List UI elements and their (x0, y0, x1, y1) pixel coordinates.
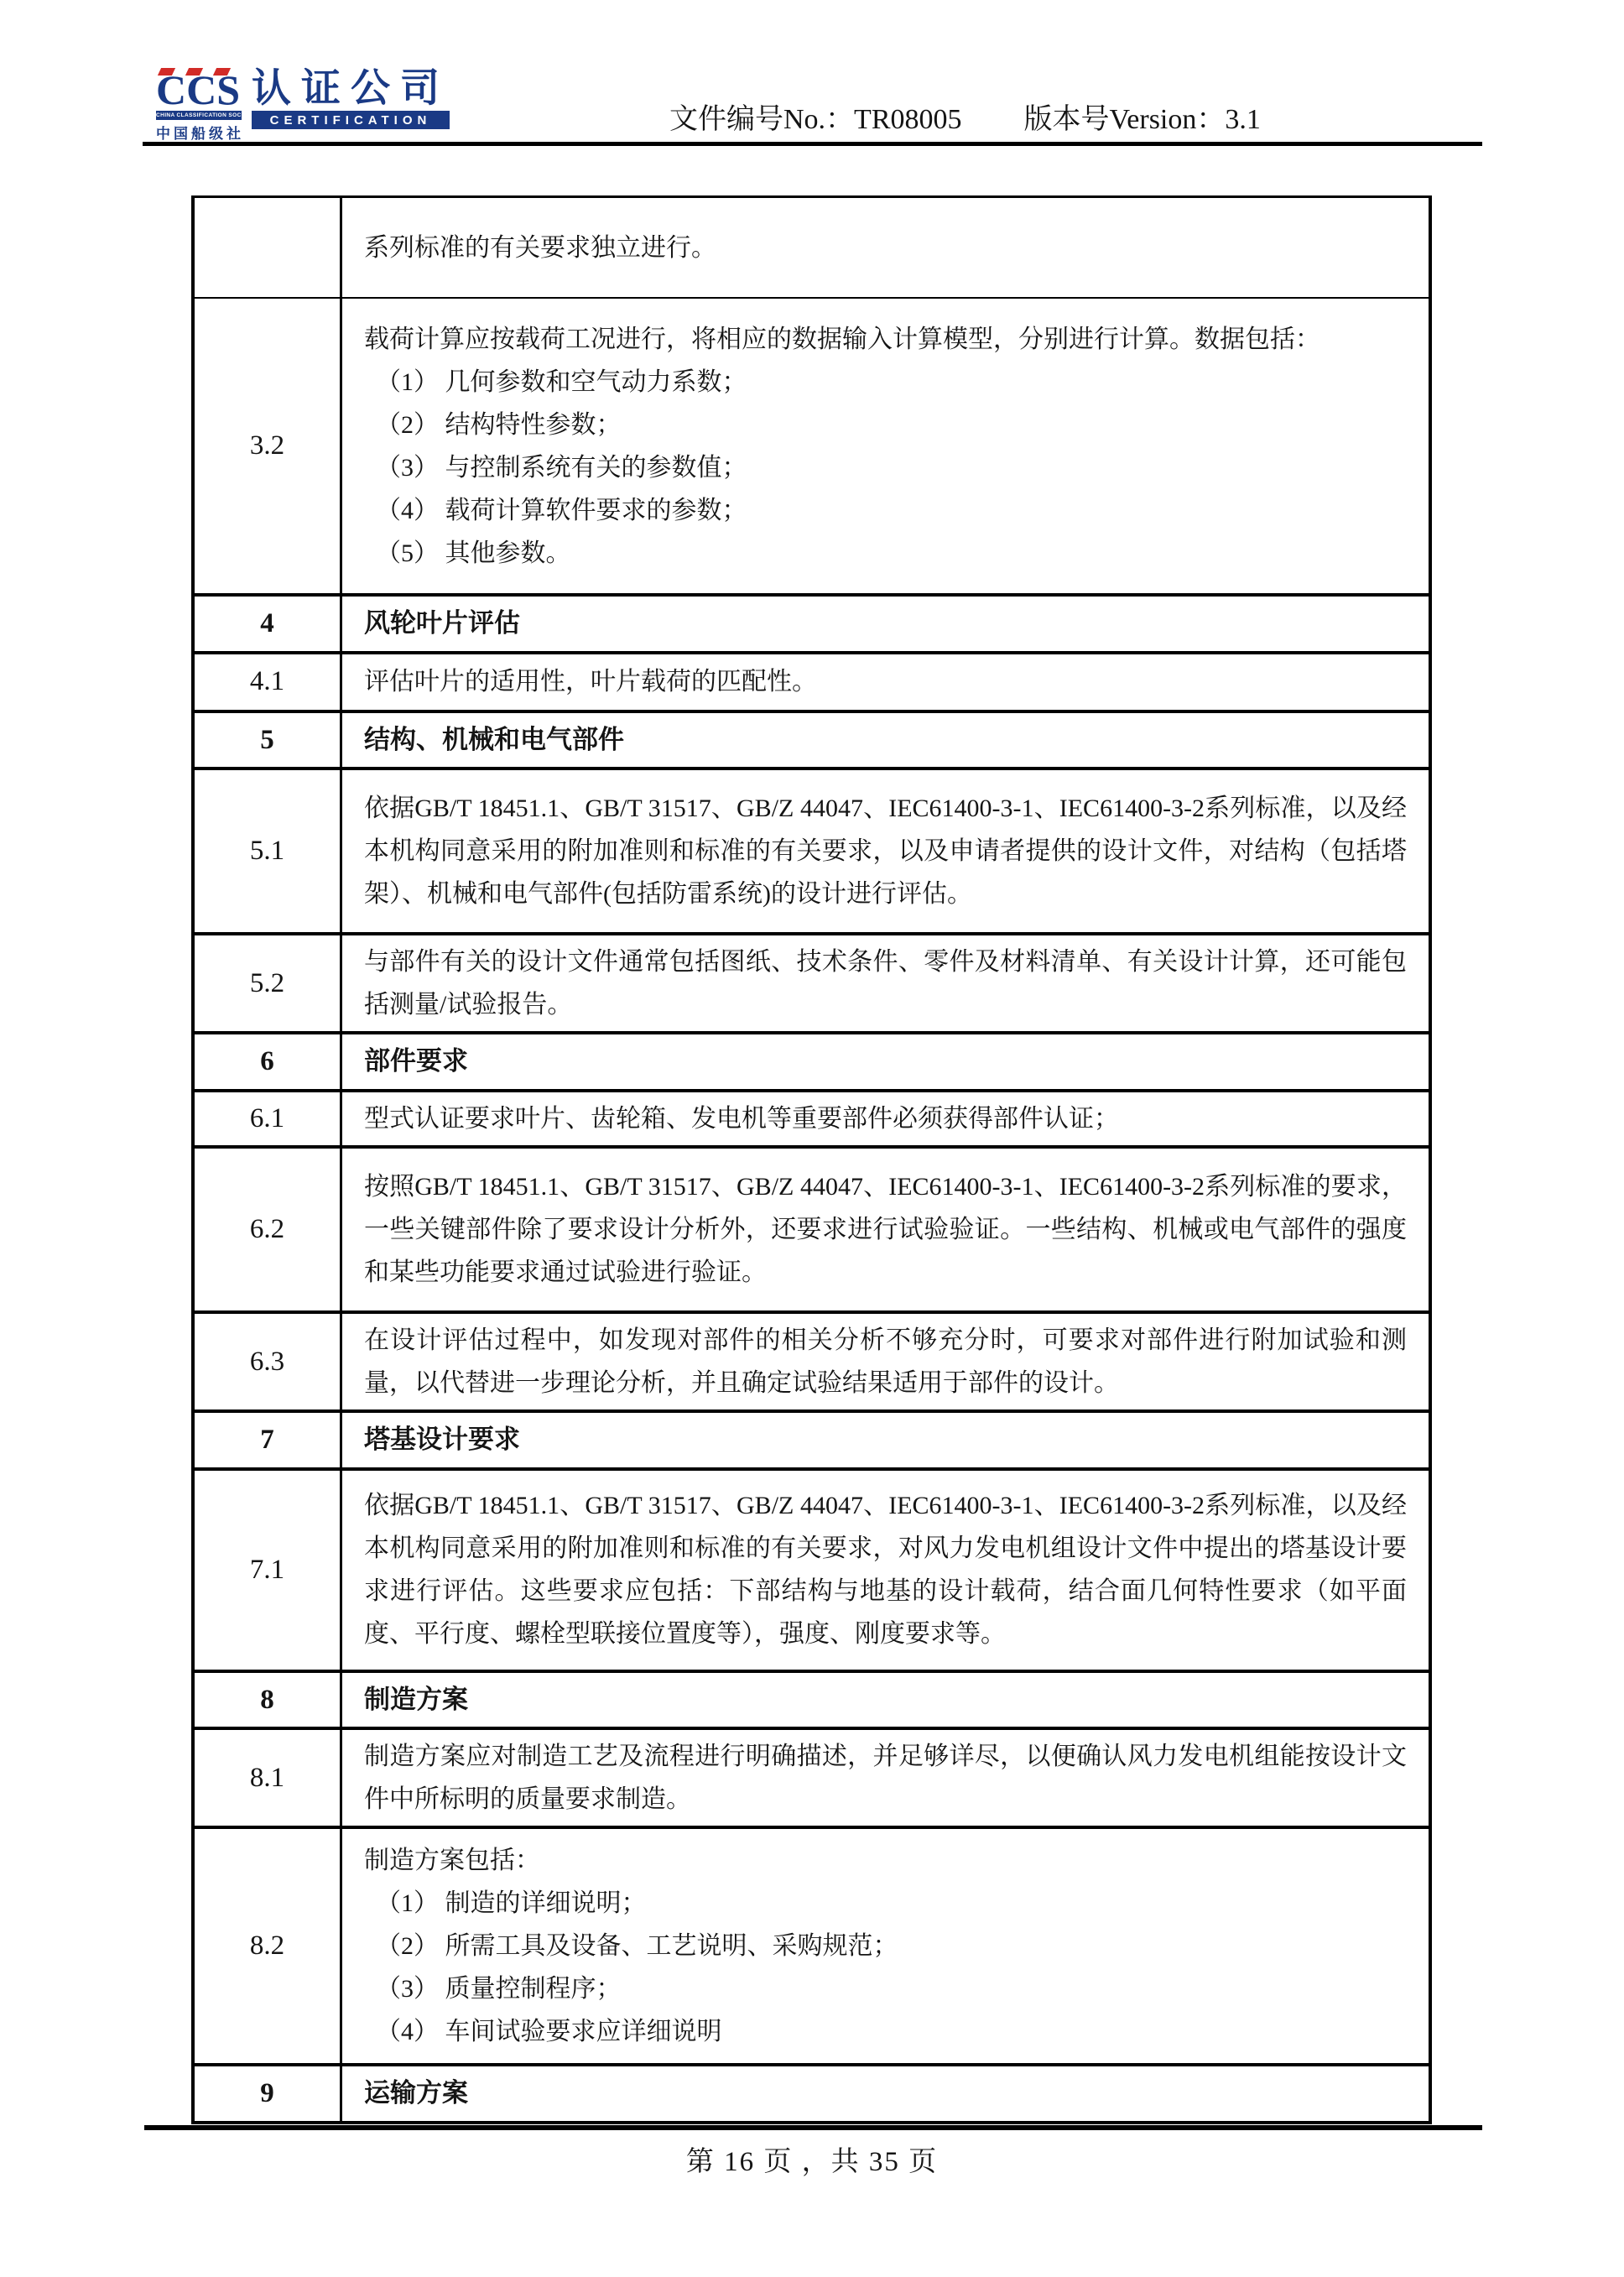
row-number-cell: 5.2 (195, 935, 342, 1031)
paragraph: 依据GB/T 18451.1、GB/T 31517、GB/Z 44047、IEC… (364, 787, 1407, 915)
footer-rule (144, 2125, 1482, 2130)
paragraph: 系列标准的有关要求独立进行。 (364, 227, 1407, 269)
paragraph: 运输方案 (364, 2071, 1407, 2116)
row-content-cell: 评估叶片的适用性，叶片载荷的匹配性。 (342, 654, 1429, 710)
paragraph: 型式认证要求叶片、齿轮箱、发电机等重要部件必须获得部件认证； (364, 1097, 1407, 1140)
row-number-cell: 6.1 (195, 1092, 342, 1145)
ccs-logo-left: CCS CHINA CLASSIFICATION SOCIETY 中国船级社 (156, 70, 242, 143)
row-number-cell (195, 198, 342, 297)
paragraph: （4） 车间试验要求应详细说明 (364, 2010, 1407, 2053)
row-content-cell: 制造方案 (342, 1673, 1429, 1727)
table-row: 3.2载荷计算应按载荷工况进行，将相应的数据输入计算模型，分别进行计算。数据包括… (195, 299, 1429, 597)
ccs-logo-right: 认证公司 CERTIFICATION (252, 70, 450, 129)
row-number-cell: 6 (195, 1034, 342, 1089)
row-number-cell: 9 (195, 2066, 342, 2121)
paragraph: （4） 载荷计算软件要求的参数； (364, 489, 1407, 532)
table-row: 7塔基设计要求 (195, 1413, 1429, 1471)
paragraph: 评估叶片的适用性，叶片载荷的匹配性。 (364, 660, 1407, 703)
paragraph: （5） 其他参数。 (364, 532, 1407, 575)
table-row: 9运输方案 (195, 2066, 1429, 2121)
paragraph: （2） 所需工具及设备、工艺说明、采购规范； (364, 1925, 1407, 1967)
page-number-text: 第 16 页 ，共 35 页 (0, 2139, 1624, 2179)
paragraph: （1） 制造的详细说明； (364, 1882, 1407, 1925)
certification-banner: CERTIFICATION (252, 111, 450, 129)
row-number-cell: 6.2 (195, 1149, 342, 1310)
table-row: 8.2制造方案包括：（1） 制造的详细说明；（2） 所需工具及设备、工艺说明、采… (195, 1829, 1429, 2066)
table-row: 4风轮叶片评估 (195, 597, 1429, 654)
row-number-cell: 5 (195, 713, 342, 768)
paragraph: 风轮叶片评估 (364, 602, 1407, 646)
table-row: 7.1依据GB/T 18451.1、GB/T 31517、GB/Z 44047、… (195, 1471, 1429, 1673)
paragraph: （2） 结构特性参数； (364, 404, 1407, 446)
paragraph: 制造方案应对制造工艺及流程进行明确描述，并足够详尽，以便确认风力发电机组能按设计… (364, 1735, 1407, 1821)
table-row: 6.1型式认证要求叶片、齿轮箱、发电机等重要部件必须获得部件认证； (195, 1092, 1429, 1149)
row-content-cell: 系列标准的有关要求独立进行。 (342, 198, 1429, 297)
table-row: 5.1依据GB/T 18451.1、GB/T 31517、GB/Z 44047、… (195, 770, 1429, 935)
row-content-cell: 按照GB/T 18451.1、GB/T 31517、GB/Z 44047、IEC… (342, 1149, 1429, 1310)
row-content-cell: 部件要求 (342, 1034, 1429, 1089)
table-row: 6部件要求 (195, 1034, 1429, 1092)
row-number-cell: 8.2 (195, 1829, 342, 2063)
row-content-cell: 制造方案包括：（1） 制造的详细说明；（2） 所需工具及设备、工艺说明、采购规范… (342, 1829, 1429, 2063)
row-number-cell: 5.1 (195, 770, 342, 932)
row-number-cell: 7.1 (195, 1471, 342, 1670)
row-content-cell: 与部件有关的设计文件通常包括图纸、技术条件、零件及材料清单、有关设计计算，还可能… (342, 935, 1429, 1031)
doc-table: 系列标准的有关要求独立进行。3.2载荷计算应按载荷工况进行，将相应的数据输入计算… (191, 195, 1432, 2124)
certification-wordmark: 认证公司 (252, 70, 450, 107)
table-row: 6.2按照GB/T 18451.1、GB/T 31517、GB/Z 44047、… (195, 1149, 1429, 1314)
doc-number-label: 文件编号No.：TR08005 (669, 96, 962, 137)
table-row: 8.1制造方案应对制造工艺及流程进行明确描述，并足够详尽，以便确认风力发电机组能… (195, 1730, 1429, 1829)
row-number-cell: 6.3 (195, 1314, 342, 1409)
row-number-cell: 8 (195, 1673, 342, 1727)
paragraph: 制造方案 (364, 1678, 1407, 1722)
table-row: 5.2与部件有关的设计文件通常包括图纸、技术条件、零件及材料清单、有关设计计算，… (195, 935, 1429, 1034)
row-content-cell: 载荷计算应按载荷工况进行，将相应的数据输入计算模型，分别进行计算。数据包括：（1… (342, 299, 1429, 593)
table-row: 6.3在设计评估过程中，如发现对部件的相关分析不够充分时，可要求对部件进行附加试… (195, 1314, 1429, 1413)
paragraph: 部件要求 (364, 1039, 1407, 1084)
row-content-cell: 依据GB/T 18451.1、GB/T 31517、GB/Z 44047、IEC… (342, 770, 1429, 932)
ccs-wordmark: CCS (156, 70, 242, 109)
paragraph: 与部件有关的设计文件通常包括图纸、技术条件、零件及材料清单、有关设计计算，还可能… (364, 940, 1407, 1026)
document-page: CCS CHINA CLASSIFICATION SOCIETY 中国船级社 认… (0, 0, 1624, 2277)
paragraph: 制造方案包括： (364, 1839, 1407, 1882)
row-number-cell: 4 (195, 597, 342, 651)
row-content-cell: 塔基设计要求 (342, 1413, 1429, 1467)
row-content-cell: 型式认证要求叶片、齿轮箱、发电机等重要部件必须获得部件认证； (342, 1092, 1429, 1145)
header-rule (143, 142, 1482, 146)
paragraph: 在设计评估过程中，如发现对部件的相关分析不够充分时，可要求对部件进行附加试验和测… (364, 1319, 1407, 1404)
paragraph: 载荷计算应按载荷工况进行，将相应的数据输入计算模型，分别进行计算。数据包括： (364, 318, 1407, 361)
paragraph: 按照GB/T 18451.1、GB/T 31517、GB/Z 44047、IEC… (364, 1165, 1407, 1294)
row-content-cell: 运输方案 (342, 2066, 1429, 2121)
paragraph: （3） 质量控制程序； (364, 1967, 1407, 2010)
row-content-cell: 结构、机械和电气部件 (342, 713, 1429, 768)
paragraph: 结构、机械和电气部件 (364, 718, 1407, 763)
row-content-cell: 在设计评估过程中，如发现对部件的相关分析不够充分时，可要求对部件进行附加试验和测… (342, 1314, 1429, 1409)
paragraph: （3） 与控制系统有关的参数值； (364, 446, 1407, 489)
version-label: 版本号Version：3.1 (1024, 96, 1261, 137)
row-number-cell: 7 (195, 1413, 342, 1467)
row-number-cell: 8.1 (195, 1730, 342, 1826)
paragraph: 依据GB/T 18451.1、GB/T 31517、GB/Z 44047、IEC… (364, 1484, 1407, 1655)
header-doc-info: 文件编号No.：TR08005 版本号Version：3.1 (669, 96, 1261, 137)
table-row: 8制造方案 (195, 1673, 1429, 1731)
table-row: 系列标准的有关要求独立进行。 (195, 198, 1429, 299)
table-row: 5结构、机械和电气部件 (195, 713, 1429, 771)
paragraph: 塔基设计要求 (364, 1418, 1407, 1462)
row-content-cell: 依据GB/T 18451.1、GB/T 31517、GB/Z 44047、IEC… (342, 1471, 1429, 1670)
row-number-cell: 4.1 (195, 654, 342, 710)
paragraph: （1） 几何参数和空气动力系数； (364, 361, 1407, 404)
society-name: 中国船级社 (156, 122, 242, 143)
row-content-cell: 风轮叶片评估 (342, 597, 1429, 651)
table-row: 4.1评估叶片的适用性，叶片载荷的匹配性。 (195, 654, 1429, 713)
row-content-cell: 制造方案应对制造工艺及流程进行明确描述，并足够详尽，以便确认风力发电机组能按设计… (342, 1730, 1429, 1826)
ccs-logo: CCS CHINA CLASSIFICATION SOCIETY 中国船级社 认… (156, 70, 450, 143)
row-number-cell: 3.2 (195, 299, 342, 593)
